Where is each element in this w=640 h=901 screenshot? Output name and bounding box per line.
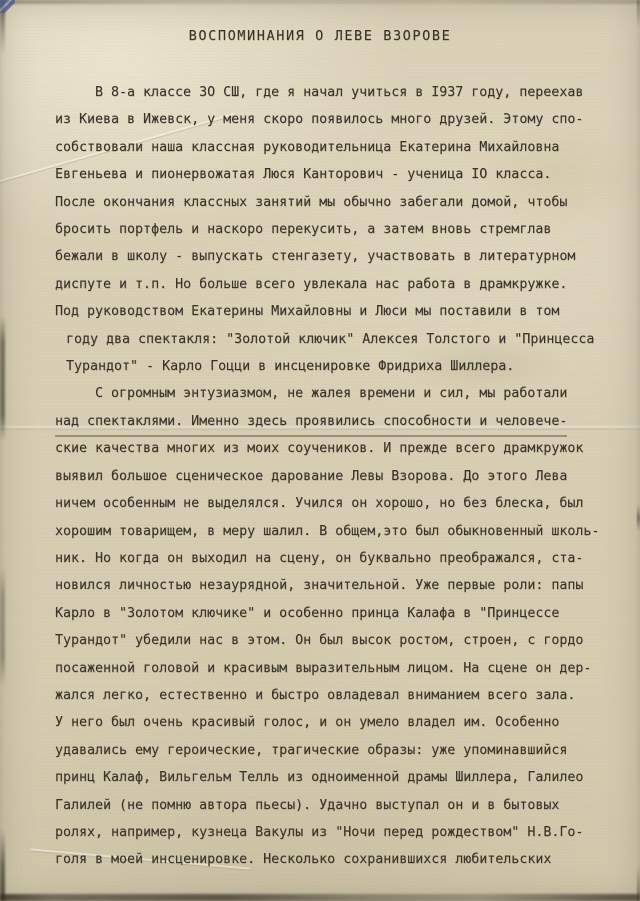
- text-line: Под руководством Екатерины Михайловны и …: [55, 298, 559, 325]
- text-line: бежали в школу - выпускать стенгазету, у…: [55, 243, 575, 270]
- text-line: новился личностью незаурядной, значитель…: [55, 572, 583, 599]
- text-line: хорошим товарищем, в меру шалил. В общем…: [55, 518, 599, 545]
- text-line: бросить портфель и наскоро перекусить, а…: [55, 216, 551, 243]
- document-page: ВОСПОМИНАНИЯ О ЛЕВЕ ВЗОРОВЕ В 8-а классе…: [0, 0, 640, 901]
- text-line: голя в моей инсценировке. Несколько сохр…: [55, 846, 551, 873]
- text-line: удавались ему героические, трагические о…: [55, 737, 567, 764]
- scan-edge-bottom: [0, 894, 640, 901]
- text-line: ские качества многих из моих соучеников.…: [55, 435, 583, 462]
- pen-mark: [0, 0, 15, 13]
- text-line: Евгеньева и пионервожатая Люся Канторови…: [55, 161, 551, 188]
- document-title: ВОСПОМИНАНИЯ О ЛЕВЕ ВЗОРОВЕ: [0, 28, 640, 44]
- text-line: над спектаклями. Именно здесь проявились…: [55, 408, 567, 435]
- text-line: В 8-а классе ЗО СШ, где я начал учиться …: [55, 79, 583, 106]
- text-line: диспуте и т.п. Но больше всего увлекала …: [55, 271, 567, 298]
- document-body: В 8-а классе ЗО СШ, где я начал учиться …: [55, 79, 599, 874]
- text-line: Турандот" - Карло Гоцци в инсценировке Ф…: [66, 353, 514, 380]
- text-line: из Киева в Ижевск, у меня скоро появилос…: [55, 106, 583, 133]
- text-line: ролях, например, кузнеца Вакулы из "Ночи…: [55, 819, 583, 846]
- text-line: ник. Но когда он выходил на сцену, он бу…: [55, 545, 583, 572]
- scan-edge-top: [0, 0, 640, 4]
- text-line: Карло в "Золотом ключике" и особенно при…: [55, 600, 559, 627]
- text-line: жался легко, естественно и быстро овладе…: [55, 682, 575, 709]
- text-line: Турандот" убедили нас в этом. Он был выс…: [55, 627, 583, 654]
- text-line: ничем особенным не выделялся. Учился он …: [55, 490, 583, 517]
- text-line: собствовали наша классная руководительни…: [55, 134, 559, 161]
- text-line: После окончания классных занятий мы обыч…: [55, 189, 567, 216]
- text-line: посаженной головой и красивым выразитель…: [55, 655, 591, 682]
- scan-edge-left: [0, 0, 5, 901]
- text-line: году два спектакля: "Золотой ключик" Але…: [66, 326, 594, 353]
- text-line: принц Калаф, Вильгельм Телль из одноимен…: [55, 764, 583, 791]
- text-line: выявил большое сценическое дарование Лев…: [55, 463, 567, 490]
- text-line: У него был очень красивый голос, и он ум…: [55, 709, 559, 736]
- text-line: С огромным энтузиазмом, не жалея времени…: [55, 380, 567, 407]
- text-line: Галилей (не помню автора пьесы). Удачно …: [55, 792, 559, 819]
